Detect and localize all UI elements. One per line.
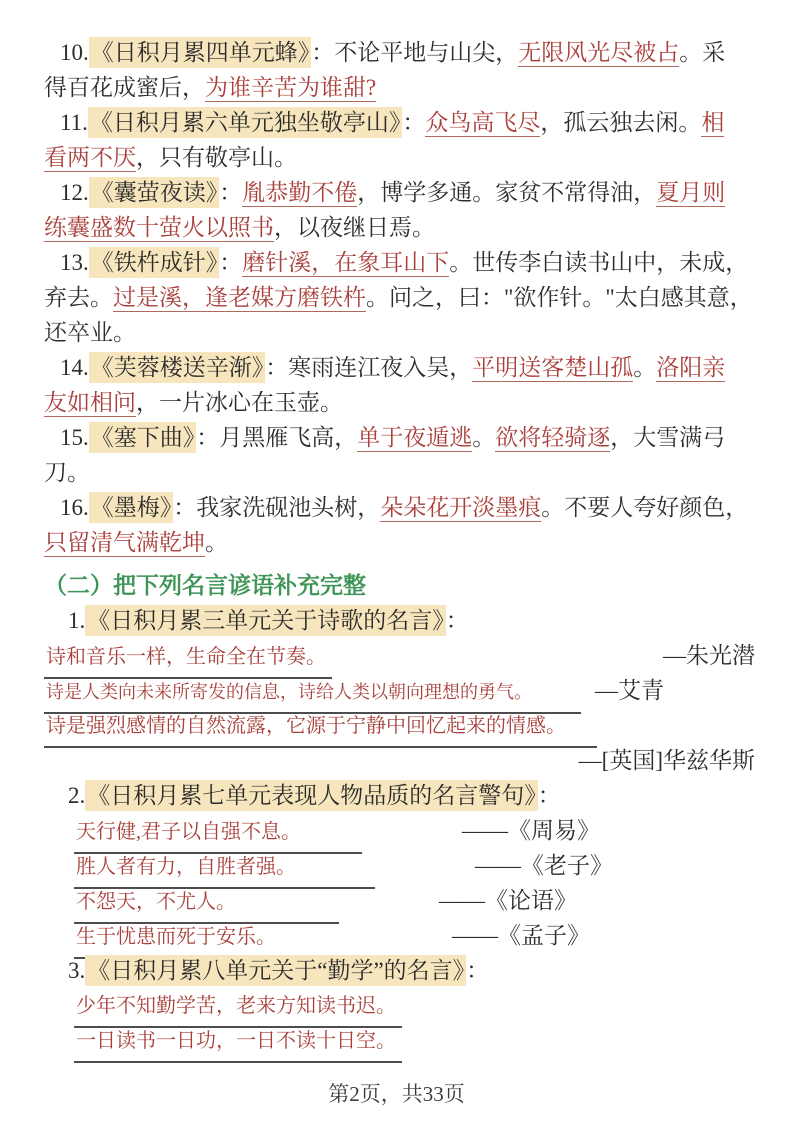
- answer-text-red: 看两不厌: [44, 145, 136, 172]
- body-text: 还卒业。: [44, 320, 136, 345]
- body-text: 得百花成蜜后，: [44, 75, 205, 100]
- author-line: —[英国]华兹华斯: [44, 744, 755, 779]
- answer-text-red: 只留清气满乾坤: [44, 530, 205, 557]
- answer-text-red: 平明送客楚山孤: [472, 355, 633, 382]
- quote-author: —艾青: [595, 674, 664, 708]
- text-line: 11.《日积月累六单元独坐敬亭山》：众鸟高飞尽，孤云独去闲。相: [44, 106, 755, 141]
- item-number: 11.: [60, 110, 88, 135]
- quote-source: ——《孟子》: [452, 919, 590, 953]
- body-text: ，一片冰心在玉壶。: [136, 390, 343, 415]
- body-text: 弃去。: [44, 285, 113, 310]
- answer-text-red: 练囊盛数十萤火以照书: [44, 215, 274, 242]
- answer-text-red: 欲将轻骑逐: [495, 425, 610, 452]
- item-number: 16.: [60, 495, 89, 520]
- item-number: 12.: [60, 180, 89, 205]
- body-text: ，大雪满弓: [610, 425, 725, 450]
- body-text: 寒雨连江夜入吴，: [288, 355, 472, 380]
- body-text: 。: [633, 355, 656, 380]
- answer-blank: 诗和音乐一样，生命全在节奏。: [44, 640, 332, 679]
- answer-blank: 天行健,君子以自强不息。: [74, 815, 362, 854]
- body-text: 我家洗砚池头树，: [196, 495, 380, 520]
- answer-text-red: 夏月则: [656, 180, 725, 207]
- highlighted-book-title: 《墨梅》: [89, 492, 174, 523]
- item-number: 2.: [68, 783, 85, 808]
- item-number: 10.: [60, 40, 89, 65]
- text-line: 2.《日积月累七单元表现人物品质的名言警句》：: [44, 779, 755, 814]
- text-line: 弃去。过是溪，逢老媒方磨铁杵。问之，曰："欲作针。"太白感其意，: [44, 281, 755, 316]
- section-heading-text: （二）把下列名言谚语补充完整: [44, 573, 366, 598]
- quote-line: 胜人者有力，自胜者强。——《老子》: [44, 849, 755, 884]
- text-line: 练囊盛数十萤火以照书，以夜继日焉。: [44, 211, 755, 246]
- item-number: 15.: [60, 425, 89, 450]
- content-area: 10.《日积月累四单元蜂》：不论平地与山尖，无限风光尽被占。采得百花成蜜后，为谁…: [0, 0, 793, 1059]
- highlighted-book-title: 《囊萤夜读》: [89, 177, 220, 208]
- text-line: 1.《日积月累三单元关于诗歌的名言》：: [44, 604, 755, 639]
- quote-source: ——《论语》: [439, 884, 577, 918]
- text-line: 16.《墨梅》：我家洗砚池头树，朵朵花开淡墨痕。不要人夸好颜色，: [44, 491, 755, 526]
- answer-text-red: 友如相问: [44, 390, 136, 417]
- quote-line: 生于忧患而死于安乐。——《孟子》: [44, 919, 755, 954]
- body-text: 。采: [679, 40, 725, 65]
- page-number: 第2页，共33页: [0, 1078, 793, 1108]
- text-line: 14.《芙蓉楼送辛渐》：寒雨连江夜入吴，平明送客楚山孤。洛阳亲: [44, 351, 755, 386]
- answer-text-red: 相: [701, 110, 724, 137]
- item-number: 13.: [60, 250, 89, 275]
- body-text: ：: [402, 110, 425, 135]
- text-line: 刀。: [44, 456, 755, 491]
- body-text: 。问之，曰："欲作针。"太白感其意，: [366, 285, 753, 310]
- text-line: 12.《囊萤夜读》：胤恭勤不倦，博学多通。家贫不常得油，夏月则: [44, 176, 755, 211]
- text-line: 得百花成蜜后，为谁辛苦为谁甜?: [44, 71, 755, 106]
- item-number: 3.: [68, 958, 85, 983]
- text-line: 15.《塞下曲》：月黑雁飞高，单于夜遁逃。欲将轻骑逐，大雪满弓: [44, 421, 755, 456]
- quote-line: 诗是人类向未来所寄发的信息，诗给人类以朝向理想的勇气。—艾青: [44, 674, 755, 709]
- highlighted-book-title: 《日积月累四单元蜂》: [89, 37, 312, 68]
- answer-text-red: 单于夜遁逃: [357, 425, 472, 452]
- answer-blank: 一日读书一日功，一日不读十日空。: [74, 1024, 402, 1063]
- body-text: 刀。: [44, 460, 90, 485]
- highlighted-book-title: 《日积月累六单元独坐敬亭山》: [88, 107, 403, 138]
- body-text: 。: [472, 425, 495, 450]
- answer-text-red: 众鸟高飞尽: [425, 110, 540, 137]
- highlighted-book-title: 《日积月累三单元关于诗歌的名言》: [85, 605, 446, 636]
- quote-line: 诗是强烈感情的自然流露，它源于宁静中回忆起来的情感。: [44, 709, 755, 744]
- quote-author: —[英国]华兹华斯: [579, 744, 755, 779]
- body-text: ：: [466, 958, 489, 983]
- quote-line: 诗和音乐一样，生命全在节奏。—朱光潜: [44, 639, 755, 674]
- answer-text-red: 为谁辛苦为谁甜?: [205, 75, 376, 102]
- answer-text-red: 胤恭勤不倦: [242, 180, 357, 207]
- answer-blank: 不怨天，不尤人。: [74, 885, 339, 924]
- item-number: 1.: [68, 608, 85, 633]
- quote-line: 不怨天，不尤人。——《论语》: [44, 884, 755, 919]
- text-line: 看两不厌，只有敬亭山。: [44, 141, 755, 176]
- body-text: 。不要人夸好颜色，: [541, 495, 748, 520]
- highlighted-book-title: 《日积月累八单元关于“勤学”的名言》: [85, 955, 466, 986]
- quote-source: ——《老子》: [475, 849, 613, 883]
- body-text: ：: [173, 495, 196, 520]
- body-text: 不论平地与山尖，: [334, 40, 518, 65]
- section-heading: （二）把下列名言谚语补充完整: [44, 569, 755, 604]
- answer-text-red: 无限风光尽被占: [518, 40, 679, 67]
- answer-blank: 胜人者有力，自胜者强。: [74, 850, 375, 889]
- body-text: ：: [311, 40, 334, 65]
- body-text: ：: [265, 355, 288, 380]
- highlighted-book-title: 《塞下曲》: [89, 422, 197, 453]
- answer-blank: 少年不知勤学苦，老来方知读书迟。: [74, 989, 402, 1028]
- text-line: 只留清气满乾坤。: [44, 526, 755, 561]
- body-text: ，博学多通。家贫不常得油，: [357, 180, 656, 205]
- text-line: 13.《铁杵成针》：磨针溪，在象耳山下。世传李白读书山中，未成，: [44, 246, 755, 281]
- text-line: 3.《日积月累八单元关于“勤学”的名言》：: [44, 954, 755, 989]
- text-line: 还卒业。: [44, 316, 755, 351]
- body-text: ：: [538, 783, 561, 808]
- body-text: ，只有敬亭山。: [136, 145, 297, 170]
- quote-line: 少年不知勤学苦，老来方知读书迟。: [44, 989, 755, 1024]
- body-text: ：: [196, 425, 219, 450]
- body-text: 。: [205, 530, 228, 555]
- body-text: ，以夜继日焉。: [274, 215, 435, 240]
- body-text: ：: [219, 250, 242, 275]
- item-number: 14.: [60, 355, 89, 380]
- body-text: ，孤云独去闲。: [540, 110, 701, 135]
- quote-source: ——《周易》: [462, 814, 600, 848]
- answer-text-red: 磨针溪，在象耳山下: [242, 250, 449, 277]
- answer-text-red: 过是溪，逢老媒方磨铁杵: [113, 285, 366, 312]
- text-line: 10.《日积月累四单元蜂》：不论平地与山尖，无限风光尽被占。采: [44, 36, 755, 71]
- answer-text-red: 洛阳亲: [656, 355, 725, 382]
- text-line: 友如相问，一片冰心在玉壶。: [44, 386, 755, 421]
- quote-line: 天行健,君子以自强不息。——《周易》: [44, 814, 755, 849]
- quote-author: —朱光潜: [663, 639, 755, 673]
- answer-text-red: 朵朵花开淡墨痕: [380, 495, 541, 522]
- body-text: ：: [219, 180, 242, 205]
- document-page: 10.《日积月累四单元蜂》：不论平地与山尖，无限风光尽被占。采得百花成蜜后，为谁…: [0, 0, 793, 1122]
- highlighted-book-title: 《铁杵成针》: [89, 247, 220, 278]
- body-text: 月黑雁飞高，: [219, 425, 357, 450]
- answer-blank: 诗是强烈感情的自然流露，它源于宁静中回忆起来的情感。: [44, 709, 597, 748]
- body-text: ：: [446, 608, 469, 633]
- body-text: 。世传李白读书山中，未成，: [449, 250, 748, 275]
- quote-line: 一日读书一日功，一日不读十日空。: [44, 1024, 755, 1059]
- highlighted-book-title: 《日积月累七单元表现人物品质的名言警句》: [85, 780, 538, 811]
- highlighted-book-title: 《芙蓉楼送辛渐》: [89, 352, 266, 383]
